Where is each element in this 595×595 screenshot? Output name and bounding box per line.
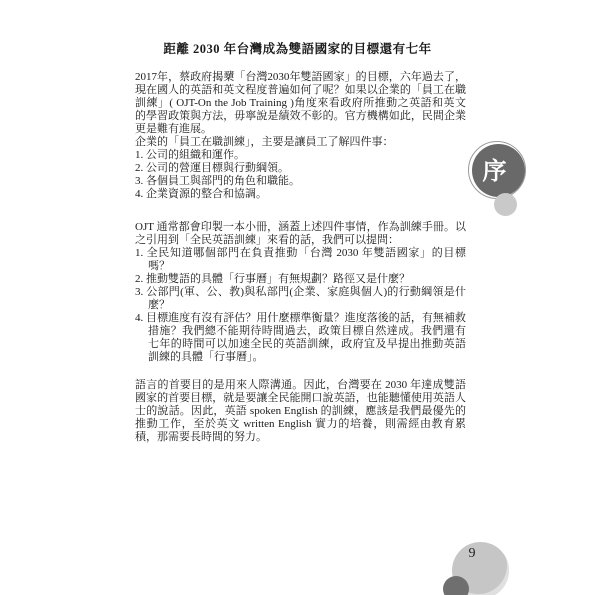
preface-tab-label: 序 (483, 151, 507, 186)
question-item: 4. 目標進度有沒有評估？用什麼標準衡量？進度落後的話，有無補救措施？我們總不能… (135, 312, 466, 364)
paragraph-ojt-lead: 企業的「員工在職訓練」，主要是讓員工了解四件事： (135, 136, 466, 149)
list-item: 2. 公司的營運目標與行動綱領。 (135, 162, 466, 175)
page-title: 距離 2030 年台灣成為雙語國家的目標還有七年 (0, 39, 595, 57)
body-text: 2017年，蔡政府揭櫫「台灣2030年雙語國家」的目標，六年過去了，現在國人的英… (135, 71, 466, 444)
list-item: 4. 企業資源的整合和協調。 (135, 188, 466, 201)
page-number-dot (443, 576, 469, 595)
list-item: 3. 各個員工與部門的角色和職能。 (135, 175, 466, 188)
preface-tab-small-circle (494, 193, 517, 216)
ojt-four-items-list: 1. 公司的組織和運作。 2. 公司的營運目標與行動綱領。 3. 各個員工與部門… (135, 149, 466, 201)
paragraph-handbook: OJT 通常都會印製一本小冊，涵蓋上述四件事情，作為訓練手冊。以之引用到「全民英… (135, 221, 466, 247)
paragraph-intro: 2017年，蔡政府揭櫫「台灣2030年雙語國家」的目標，六年過去了，現在國人的英… (135, 71, 466, 136)
preface-tab: 序 (472, 144, 525, 197)
questions-list: 1. 全民知道哪個部門在負責推動「台灣 2030 年雙語國家」的目標嗎？ 2. … (135, 247, 466, 364)
question-item: 2. 推動雙語的具體「行事曆」有無規劃？路徑又是什麼？ (135, 273, 466, 286)
list-item: 1. 公司的組織和運作。 (135, 149, 466, 162)
question-item: 3. 公部門(軍、公、教)與私部門(企業、家庭與個人)的行動綱領是什麼？ (135, 286, 466, 312)
book-page: 距離 2030 年台灣成為雙語國家的目標還有七年 2017年，蔡政府揭櫫「台灣2… (0, 0, 595, 595)
paragraph-conclusion: 語言的首要目的是用來人際溝通。因此，台灣要在 2030 年達成雙語國家的首要目標… (135, 379, 466, 444)
question-item: 1. 全民知道哪個部門在負責推動「台灣 2030 年雙語國家」的目標嗎？ (135, 247, 466, 273)
page-number: 9 (462, 546, 482, 562)
